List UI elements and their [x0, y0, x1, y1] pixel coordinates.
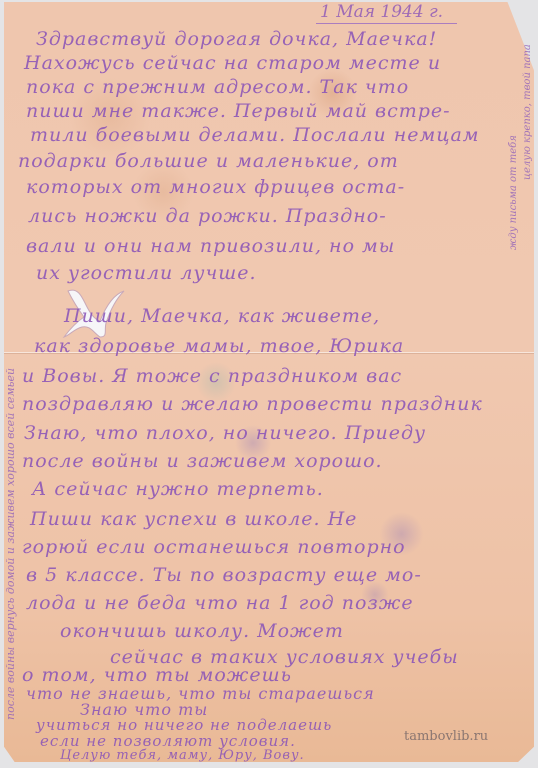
site-watermark: tambovlib.ru — [404, 729, 488, 744]
letter-line: А сейчас нужно терпеть. — [32, 478, 324, 500]
letter-line: поздравляю и желаю провести праздник — [22, 393, 483, 415]
letter-line: которых от многих фрицев оста- — [26, 176, 405, 198]
right-margin-note: целую крепко, твой папа — [522, 44, 533, 180]
letter-line: Нахожусь сейчас на старом месте и — [24, 52, 441, 74]
letter-line: и Вовы. Я тоже с праздником вас — [22, 365, 402, 387]
letter-line: Пиши как успехи в школе. Не — [30, 508, 357, 530]
letter-line: в 5 классе. Ты по возрасту еще мо- — [26, 564, 422, 586]
letter-line: Пиши, Маечка, как живете, — [64, 305, 380, 327]
letter-line: горюй если останешься повторно — [22, 536, 406, 558]
letter-line: подарки большие и маленькие, от — [18, 150, 399, 172]
letter-line: лись ножки да рожки. Праздно- — [28, 205, 387, 227]
letter-line: после войны и заживем хорошо. — [22, 450, 383, 472]
letter-line: лода и не беда что на 1 год позже — [26, 592, 414, 614]
letter-line: окончишь школу. Может — [60, 620, 344, 642]
letter-line: как здоровье мамы, твое, Юрика — [34, 335, 404, 357]
letter-line: о том, что ты можешь — [22, 664, 292, 686]
letter-line: Целую тебя, маму, Юру, Вову. — [60, 748, 305, 763]
letter-line: вали и они нам привозили, но мы — [26, 235, 395, 257]
letter-line: пока с прежним адресом. Так что — [26, 76, 409, 98]
letter-line: Здравствуй дорогая дочка, Маечка! — [36, 28, 437, 50]
letter-line: Знаю, что плохо, но ничего. Приеду — [24, 422, 426, 444]
letter-date: 1 Мая 1944 г. — [316, 2, 457, 24]
letter-line: пиши мне также. Первый май встре- — [26, 100, 451, 122]
scanned-letter: 1 Мая 1944 г. Здравствуй дорогая дочка, … — [0, 0, 538, 768]
left-margin-note: после войны вернусь домой и заживем хоро… — [4, 368, 17, 720]
right-margin-note-2: жду письма от тебя — [508, 135, 519, 250]
letter-line: тили боевыми делами. Послали немцам — [30, 124, 480, 146]
letter-line: их угостили лучше. — [36, 262, 257, 284]
